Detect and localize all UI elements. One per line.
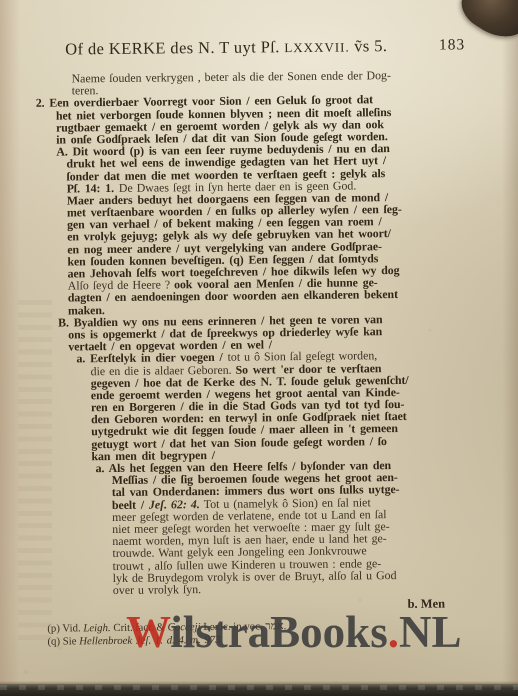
watermark-wilstrabooks: WilstraBooks.NL <box>126 606 506 660</box>
typeset-area: Of de KERKE des N. T uyt Pſ. LXXXVII. ṽs… <box>0 0 518 696</box>
header-title-verse: ṽs 5. <box>350 36 388 55</box>
watermark-nl: NL <box>399 607 462 657</box>
header-title-pre: Of de KERKE des N. T uyt Pſ. <box>65 37 284 58</box>
text-segment: over u vrolyk ſyn. <box>113 582 201 597</box>
running-header: Of de KERKE des N. T uyt Pſ. LXXXVII. ṽs… <box>35 35 471 62</box>
text-segment: (p) Vid. <box>47 622 83 634</box>
header-title: Of de KERKE des N. T uyt Pſ. LXXXVII. ṽs… <box>65 36 387 59</box>
page-number: 183 <box>439 36 465 54</box>
watermark-dot: . <box>388 607 399 657</box>
book-edge-strip <box>0 684 518 696</box>
watermark-w: W <box>126 607 170 657</box>
book-page-photo: Of de KERKE des N. T uyt Pſ. LXXXVII. ṽs… <box>0 0 518 696</box>
watermark-mid: ilstraBooks <box>170 607 388 657</box>
book-edge-highlights <box>0 685 518 690</box>
body-text-block: Naeme ſouden verkrygen , beter als die d… <box>35 68 481 649</box>
body-lines: Naeme ſouden verkrygen , beter als die d… <box>35 68 480 597</box>
header-title-psalm-numeral: LXXXVII. <box>284 39 350 55</box>
text-segment: Leigh. <box>83 622 110 634</box>
text-segment: (q) Sie <box>47 635 79 647</box>
